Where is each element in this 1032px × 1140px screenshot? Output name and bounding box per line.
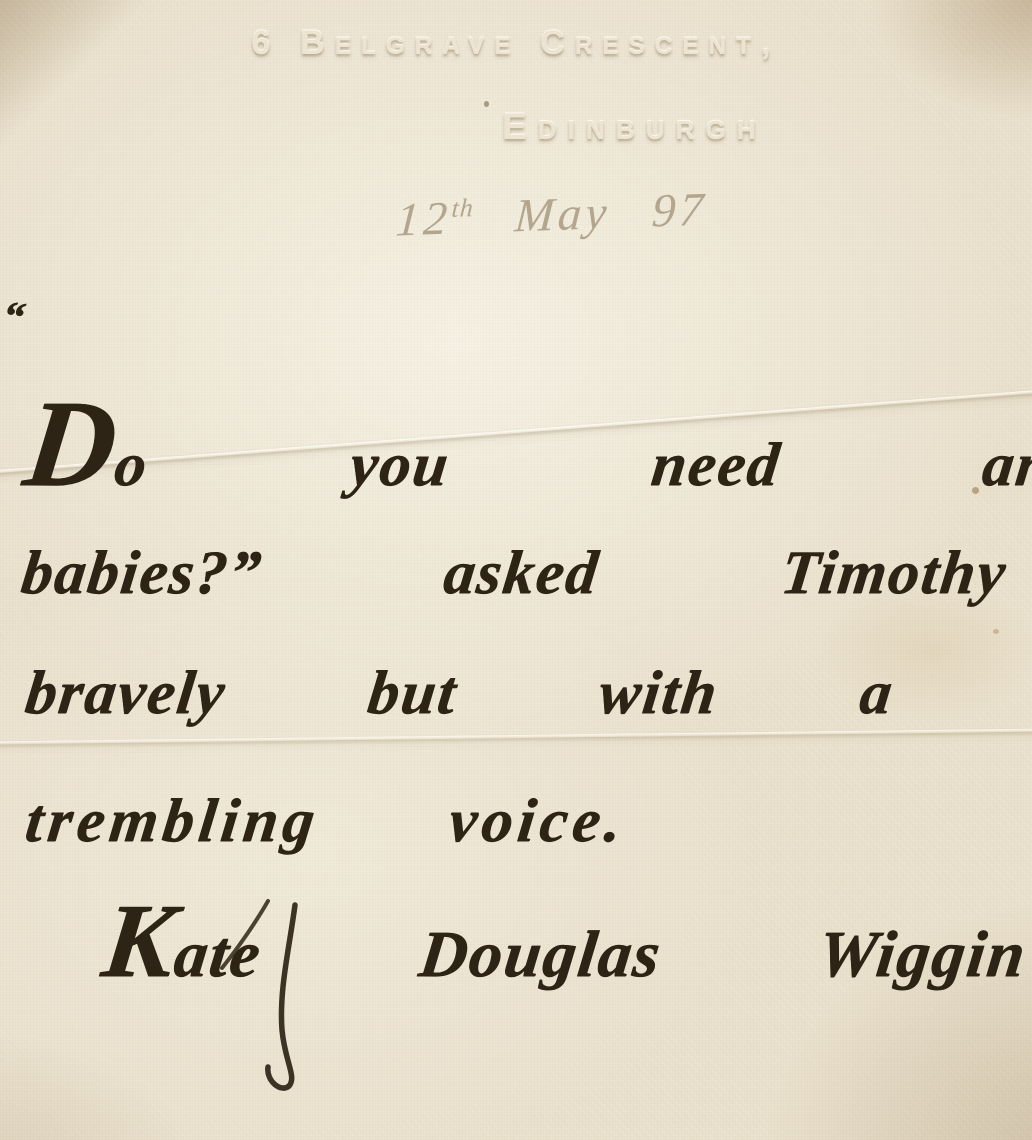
date-ordinal: th [451, 193, 475, 223]
body-line-4: trembling voice. [22, 790, 629, 852]
fold-crease-bottom [0, 728, 1032, 745]
letterhead-address-line: 6 Belgrave Crescent, [0, 24, 1032, 63]
handwritten-date: 12th May 97 [394, 182, 709, 247]
opening-quote-mark: “ [0, 295, 30, 339]
body-line-2: babies?” asked Timothy [18, 542, 1010, 604]
foxing-spot [972, 487, 979, 494]
date-month-year: May 97 [513, 183, 709, 242]
letter-paper: 6 Belgrave Crescent, Edinburgh 12th May … [0, 0, 1032, 1140]
body-line-3: bravely but with a [22, 662, 897, 724]
date-day: 12 [394, 192, 453, 246]
letterhead-city-line: Edinburgh [502, 106, 767, 148]
foxing-spot [993, 629, 999, 634]
body-line-1: Do you need any [18, 382, 1032, 506]
signature: Kate Douglas Wiggin [98, 888, 1032, 994]
foxing-spot [484, 101, 489, 107]
